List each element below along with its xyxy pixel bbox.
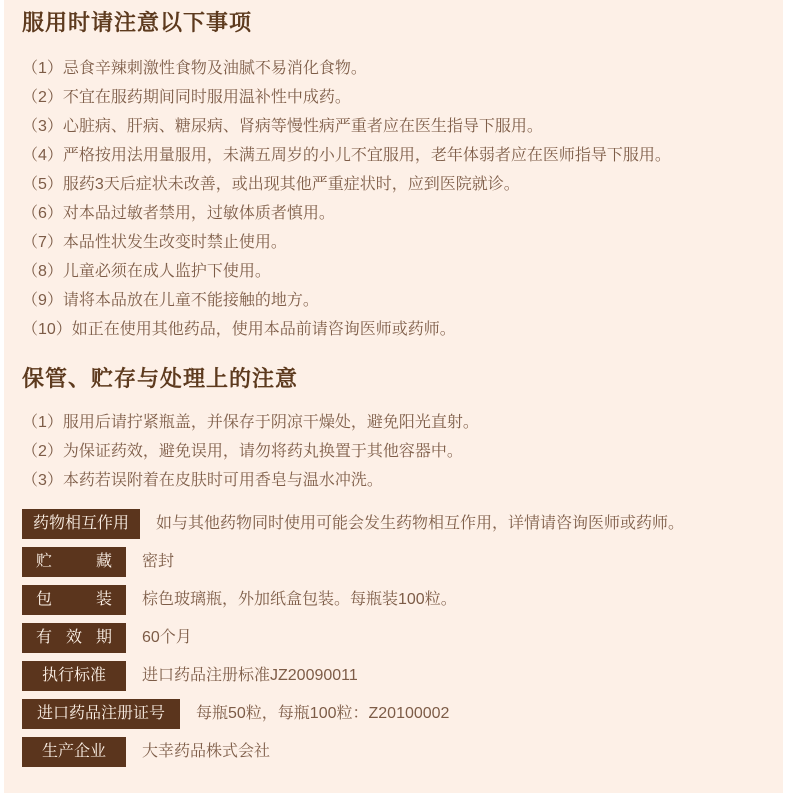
content-panel: 服用时请注意以下事项 （1）忌食辛辣刺激性食物及油腻不易消化食物。 （2）不宜在… [4, 0, 783, 793]
list-item: （2）不宜在服药期间同时服用温补性中成药。 [22, 83, 765, 112]
row-label-drug-interaction: 药物相互作用 [22, 509, 140, 539]
row-value: 每瓶50粒，每瓶100粒：Z20100002 [196, 699, 449, 729]
row-label-manufacturer: 生产企业 [22, 737, 126, 767]
list-item: （4）严格按用法用量服用，未满五周岁的小儿不宜服用，老年体弱者应在医师指导下服用… [22, 141, 765, 170]
section2-title: 保管、贮存与处理上的注意 [22, 366, 765, 392]
row-label-standard: 执行标准 [22, 661, 126, 691]
list-item: （10）如正在使用其他药品，使用本品前请咨询医师或药师。 [22, 315, 765, 344]
row-label-packaging: 包装 [22, 585, 126, 615]
list-item: （7）本品性状发生改变时禁止使用。 [22, 228, 765, 257]
row-value: 大幸药品株式会社 [142, 737, 270, 767]
row-label-storage: 贮藏 [22, 547, 126, 577]
list-item: （6）对本品过敏者禁用，过敏体质者慎用。 [22, 199, 765, 228]
info-table: 药物相互作用 如与其他药物同时使用可能会发生药物相互作用，详情请咨询医师或药师。… [22, 509, 765, 767]
page: 服用时请注意以下事项 （1）忌食辛辣刺激性食物及油腻不易消化食物。 （2）不宜在… [0, 0, 790, 799]
section1-list: （1）忌食辛辣刺激性食物及油腻不易消化食物。 （2）不宜在服药期间同时服用温补性… [22, 54, 765, 344]
table-row: 进口药品注册证号 每瓶50粒，每瓶100粒：Z20100002 [22, 699, 765, 729]
row-label-shelf-life: 有效期 [22, 623, 126, 653]
row-value: 如与其他药物同时使用可能会发生药物相互作用，详情请咨询医师或药师。 [156, 509, 684, 539]
table-row: 包装 棕色玻璃瓶，外加纸盒包装。每瓶装100粒。 [22, 585, 765, 615]
section1-title: 服用时请注意以下事项 [22, 10, 765, 36]
row-value: 棕色玻璃瓶，外加纸盒包装。每瓶装100粒。 [142, 585, 457, 615]
list-item: （2）为保证药效，避免误用，请勿将药丸换置于其他容器中。 [22, 437, 765, 466]
table-row: 生产企业 大幸药品株式会社 [22, 737, 765, 767]
section2-list: （1）服用后请拧紧瓶盖，并保存于阴凉干燥处，避免阳光直射。 （2）为保证药效，避… [22, 408, 765, 495]
list-item: （5）服药3天后症状未改善，或出现其他严重症状时，应到医院就诊。 [22, 170, 765, 199]
table-row: 有效期 60个月 [22, 623, 765, 653]
list-item: （9）请将本品放在儿童不能接触的地方。 [22, 286, 765, 315]
list-item: （3）心脏病、肝病、糖尿病、肾病等慢性病严重者应在医生指导下服用。 [22, 112, 765, 141]
table-row: 执行标准 进口药品注册标准JZ20090011 [22, 661, 765, 691]
row-value: 进口药品注册标准JZ20090011 [142, 661, 358, 691]
table-row: 药物相互作用 如与其他药物同时使用可能会发生药物相互作用，详情请咨询医师或药师。 [22, 509, 765, 539]
row-label-registration-number: 进口药品注册证号 [22, 699, 180, 729]
list-item: （1）忌食辛辣刺激性食物及油腻不易消化食物。 [22, 54, 765, 83]
list-item: （1）服用后请拧紧瓶盖，并保存于阴凉干燥处，避免阳光直射。 [22, 408, 765, 437]
table-row: 贮藏 密封 [22, 547, 765, 577]
list-item: （8）儿童必须在成人监护下使用。 [22, 257, 765, 286]
list-item: （3）本药若误附着在皮肤时可用香皂与温水冲洗。 [22, 466, 765, 495]
row-value: 密封 [142, 547, 174, 577]
row-value: 60个月 [142, 623, 192, 653]
